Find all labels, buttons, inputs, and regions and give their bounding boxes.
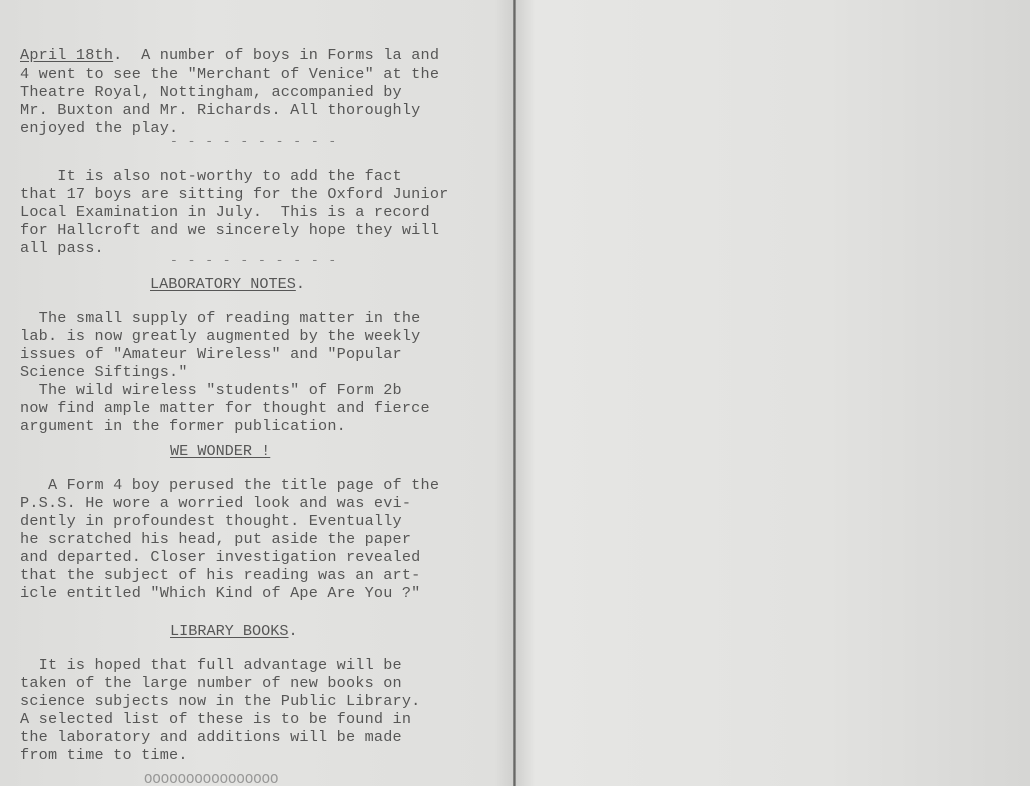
oxford-line-2: Local Examination in July. This is a rec…: [20, 204, 430, 221]
section-divider-1: - - - - - - - - - -: [170, 134, 337, 149]
wonder-line-2: dently in profoundest thought. Eventuall…: [20, 513, 402, 530]
we-wonder-heading: WE WONDER !: [170, 443, 270, 460]
wonder-line-1: P.S.S. He wore a worried look and was ev…: [20, 495, 411, 512]
library-books-heading: LIBRARY BOOKS.: [170, 623, 298, 640]
oxford-line-1: that 17 boys are sitting for the Oxford …: [20, 186, 448, 203]
april-line-4: enjoyed the play.: [20, 120, 178, 137]
oxford-line-0: It is also not-worthy to add the fact: [20, 168, 402, 185]
magazine-spread: April 18th. A number of boys in Forms la…: [0, 0, 1030, 786]
lab-line-4: The wild wireless "students" of Form 2b: [20, 382, 402, 399]
library-line-3: A selected list of these is to be found …: [20, 711, 411, 728]
wonder-line-0: A Form 4 boy perused the title page of t…: [20, 477, 439, 494]
left-page: April 18th. A number of boys in Forms la…: [0, 0, 514, 786]
lab-line-2: issues of "Amateur Wireless" and "Popula…: [20, 346, 402, 363]
wonder-line-6: icle entitled "Which Kind of Ape Are You…: [20, 585, 421, 602]
section-divider-2: - - - - - - - - - -: [170, 253, 337, 268]
april-line-0: April 18th. A number of boys in Forms la…: [20, 47, 439, 64]
library-line-4: the laboratory and additions will be mad…: [20, 729, 402, 746]
lab-line-3: Science Siftings.": [20, 364, 188, 381]
april-date: April 18th: [20, 46, 113, 64]
library-line-5: from time to time.: [20, 747, 188, 764]
ornament-divider-left: OOOOOOOOOOOOOOOO: [144, 772, 278, 786]
lab-line-1: lab. is now greatly augmented by the wee…: [20, 328, 421, 345]
library-line-1: taken of the large number of new books o…: [20, 675, 402, 692]
lab-line-0: The small supply of reading matter in th…: [20, 310, 421, 327]
april-line-1: 4 went to see the "Merchant of Venice" a…: [20, 66, 439, 83]
april-line-2: Theatre Royal, Nottingham, accompanied b…: [20, 84, 402, 101]
wonder-line-3: he scratched his head, put aside the pap…: [20, 531, 411, 548]
wonder-line-5: that the subject of his reading was an a…: [20, 567, 421, 584]
lab-line-6: argument in the former publication.: [20, 418, 346, 435]
lab-line-5: now find ample matter for thought and fi…: [20, 400, 430, 417]
oxford-line-3: for Hallcroft and we sincerely hope they…: [20, 222, 439, 239]
library-line-0: It is hoped that full advantage will be: [20, 657, 402, 674]
right-page: bis of ... Smith Hite. NOTABLE NICKNAMES…: [514, 0, 1030, 786]
april-line-3: Mr. Buxton and Mr. Richards. All thoroug…: [20, 102, 421, 119]
oxford-line-4: all pass.: [20, 240, 104, 257]
library-line-2: science subjects now in the Public Libra…: [20, 693, 421, 710]
wonder-line-4: and departed. Closer investigation revea…: [20, 549, 421, 566]
laboratory-notes-heading: LABORATORY NOTES.: [150, 276, 305, 293]
